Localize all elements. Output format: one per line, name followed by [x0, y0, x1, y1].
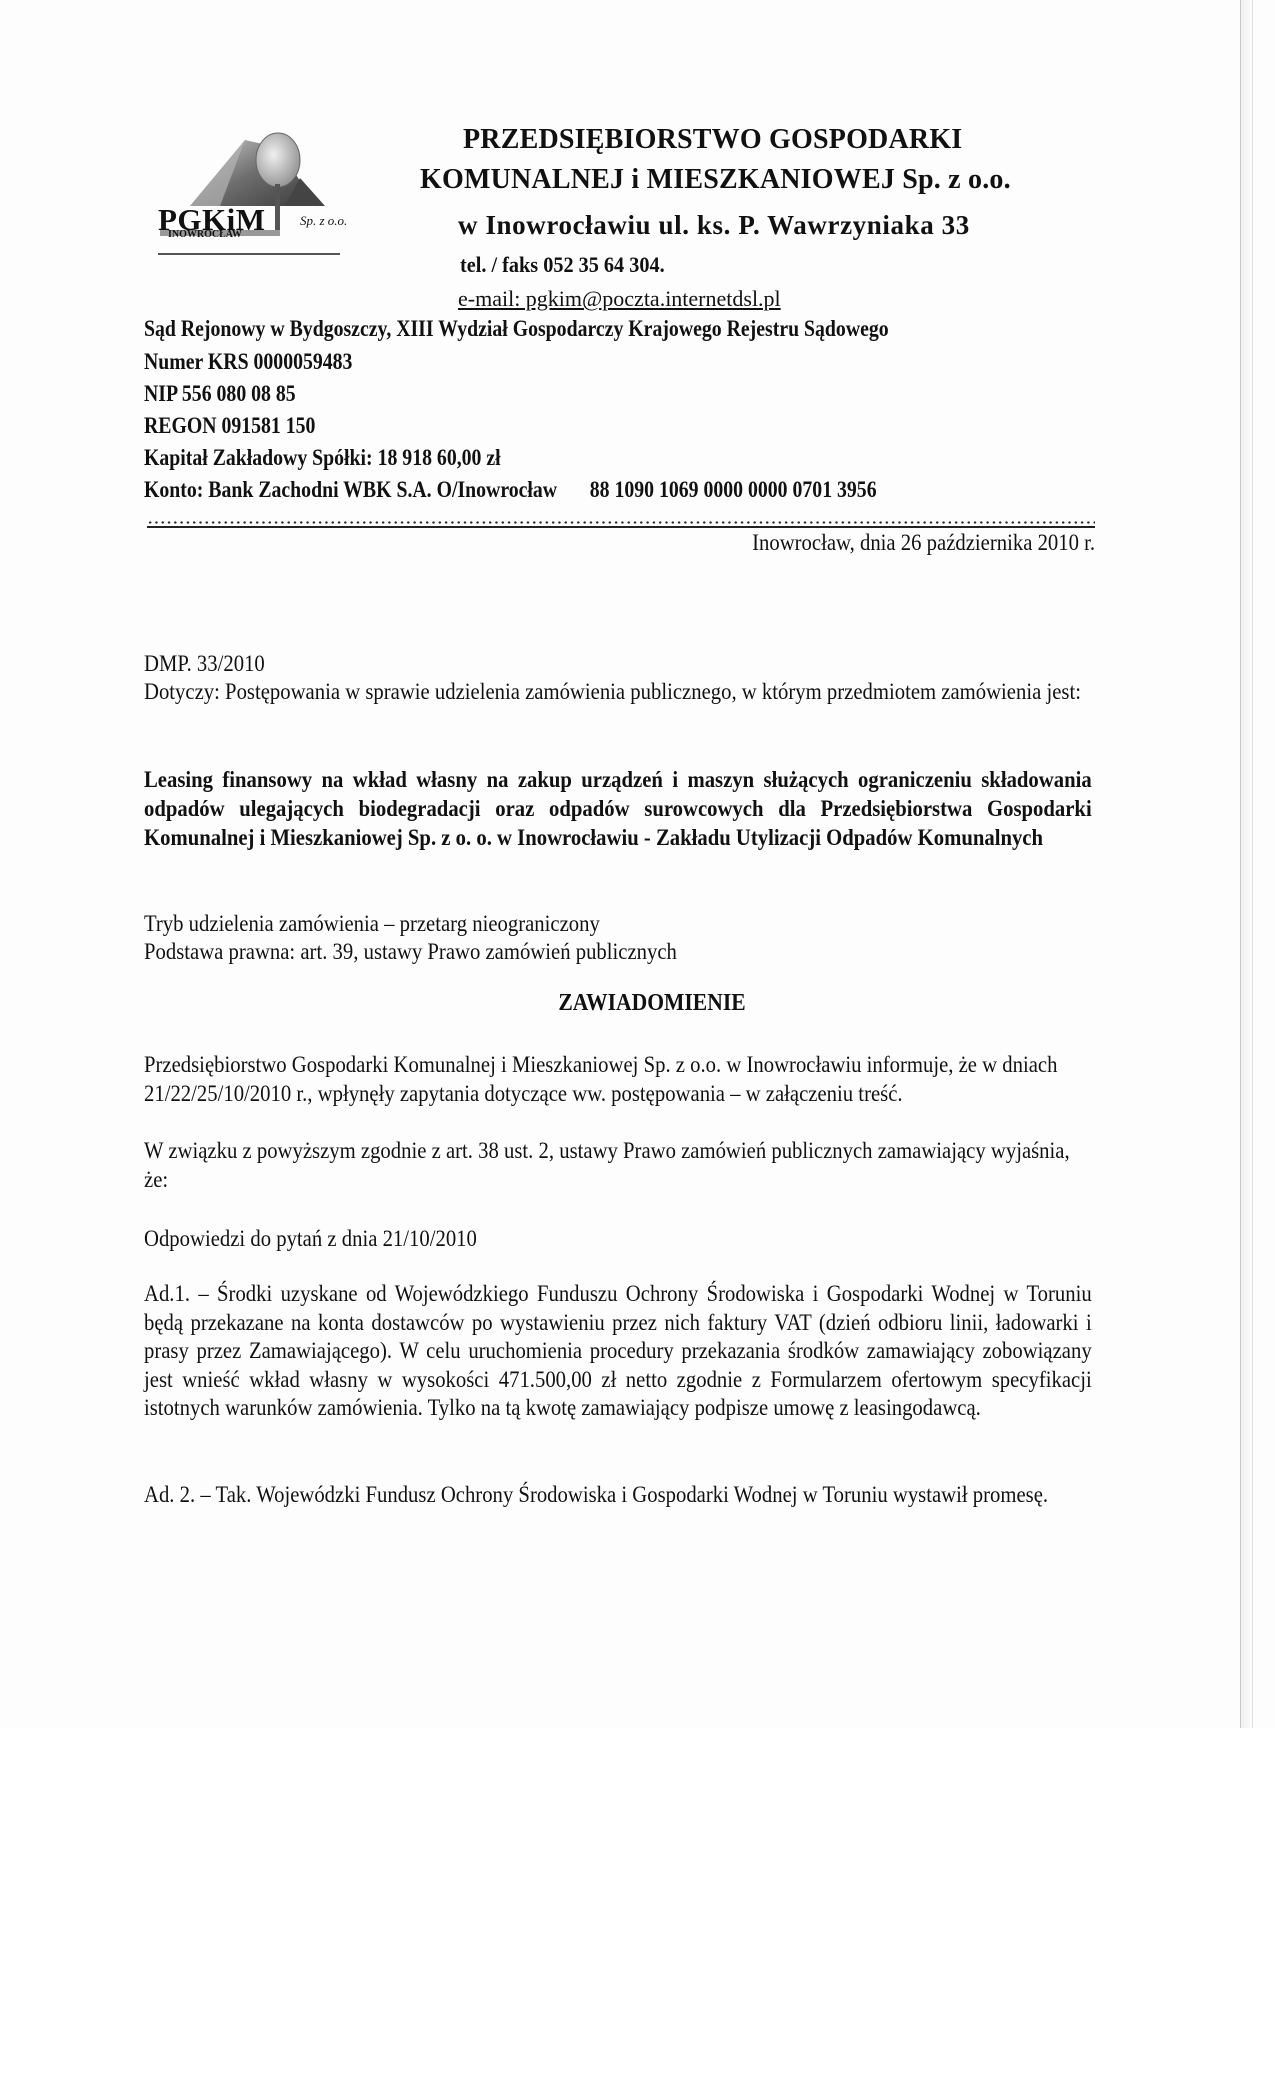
company-name-line2: KOMUNALNEJ i MIESZKANIOWEJ Sp. z o.o.	[420, 164, 1011, 196]
scan-edge-line	[1240, 0, 1253, 1728]
dotted-separator	[147, 521, 1095, 524]
registry-regon: REGON 091581 150	[144, 413, 987, 439]
registry-nip: NIP 556 080 08 85	[144, 381, 987, 407]
company-address: w Inowrocławiu ul. ks. P. Wawrzyniaka 33	[458, 210, 970, 241]
document-date: Inowrocław, dnia 26 października 2010 r.	[752, 530, 1095, 556]
subject-intro: Dotyczy: Postępowania w sprawie udzielen…	[144, 678, 1092, 707]
separator-rule	[147, 526, 1095, 528]
registry-krs: Numer KRS 0000059483	[144, 349, 987, 375]
registry-account-number: 88 1090 1069 0000 0000 0701 3956	[590, 477, 877, 503]
logo-suffix: Sp. z o.o.	[300, 213, 347, 229]
company-logo: PGKiM Sp. z o.o. INOWROCŁAW	[150, 118, 350, 258]
reference-number: DMP. 33/2010	[144, 650, 1092, 679]
answer-item: Ad. 2. – Tak. Wojewódzki Fundusz Ochrony…	[144, 1481, 1092, 1510]
registry-court: Sąd Rejonowy w Bydgoszczy, XIII Wydział …	[144, 316, 987, 342]
subject-description: Leasing finansowy na wkład własny na zak…	[144, 765, 1092, 852]
answers-heading: Odpowiedzi do pytań z dnia 21/10/2010	[144, 1225, 1092, 1254]
notice-body-1: Przedsiębiorstwo Gospodarki Komunalnej i…	[144, 1051, 1092, 1108]
legal-basis: Podstawa prawna: art. 39, ustawy Prawo z…	[144, 938, 1092, 967]
company-email-link[interactable]: e-mail: pgkim@poczta.internetdsl.pl	[458, 286, 781, 312]
answer-item: Ad.1. – Środki uzyskane od Wojewódzkiego…	[144, 1280, 1092, 1423]
notice-title: ZAWIADOMIENIE	[0, 990, 1275, 1017]
registry-bank: Konto: Bank Zachodni WBK S.A. O/Inowrocł…	[144, 477, 557, 502]
notice-title-text: ZAWIADOMIENIE	[559, 990, 746, 1017]
registry-bank-row: Konto: Bank Zachodni WBK S.A. O/Inowrocł…	[144, 477, 987, 503]
company-name-line1: PRZEDSIĘBIORSTWO GOSPODARKI	[463, 124, 962, 156]
notice-body-2: W związku z powyższym zgodnie z art. 38 …	[144, 1137, 1092, 1194]
logo-underline	[158, 253, 340, 255]
logo-city: INOWROCŁAW	[168, 229, 242, 240]
company-phone: tel. / faks 052 35 64 304.	[460, 252, 665, 278]
registry-capital: Kapitał Zakładowy Spółki: 18 918 60,00 z…	[144, 445, 987, 471]
procedure-mode: Tryb udzielenia zamówienia – przetarg ni…	[144, 910, 1092, 939]
